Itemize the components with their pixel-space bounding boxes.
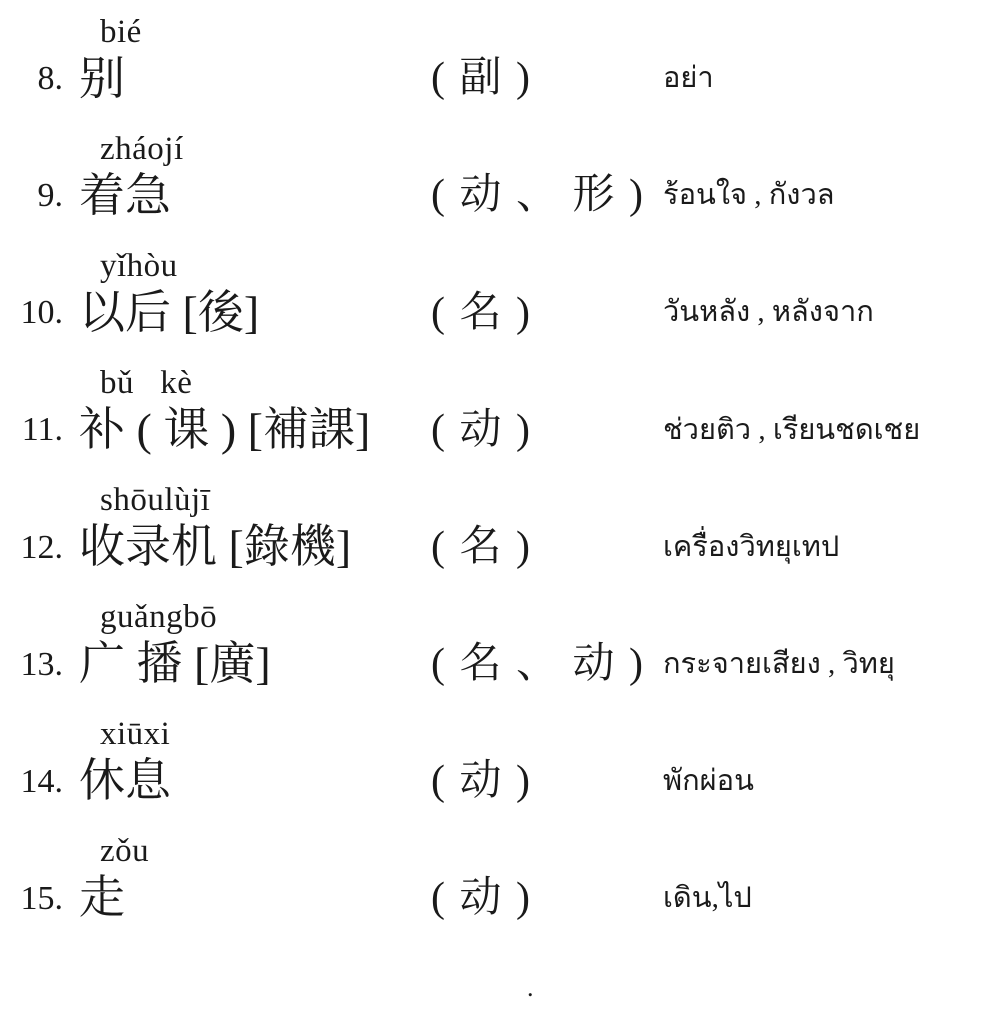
document-page: bié 8. 别 ( 副 ) อย่า zháojí 9. 着急 ( 动 、 形…	[0, 0, 984, 927]
chinese-word: 收录机 [錄機]	[79, 519, 431, 575]
thai-translation: กระจายเสียง , วิทยุ	[663, 647, 895, 682]
vocab-entry-row: bié 8. 别 ( 副 ) อย่า	[8, 14, 984, 107]
vocab-entry-row: bǔ kè 11. 补 ( 课 ) [補課] ( 动 ) ช่วยติว , เ…	[8, 365, 984, 458]
part-of-speech: ( 动 )	[431, 405, 649, 456]
vocab-list: bié 8. 别 ( 副 ) อย่า zháojí 9. 着急 ( 动 、 形…	[8, 14, 984, 927]
entry-main-line: 11. 补 ( 课 ) [補課] ( 动 ) ช่วยติว , เรียนชด…	[8, 402, 984, 458]
thai-translation: ช่วยติว , เรียนชดเชย	[663, 413, 920, 448]
entry-main-line: 12. 收录机 [錄機] ( 名 ) เครื่องวิทยุเทป	[8, 519, 984, 575]
thai-translation: เดิน,ไป	[663, 881, 752, 916]
thai-translation: เครื่องวิทยุเทป	[663, 530, 839, 565]
chinese-word: 广 播 [廣]	[79, 636, 431, 692]
entry-number: 14.	[8, 761, 63, 802]
entry-main-line: 14. 休息 ( 动 ) พักผ่อน	[8, 753, 984, 809]
vocab-entry-row: yǐhòu 10. 以后 [後] ( 名 ) วันหลัง , หลังจาก	[8, 248, 984, 341]
entry-number: 13.	[8, 644, 63, 685]
part-of-speech: ( 动 )	[431, 756, 649, 807]
entry-number: 12.	[8, 527, 63, 568]
pinyin-text: zháojí	[8, 131, 984, 168]
vocab-entry-row: zháojí 9. 着急 ( 动 、 形 ) ร้อนใจ , กังวล	[8, 131, 984, 224]
pinyin-text: guǎngbō	[8, 599, 984, 636]
part-of-speech: ( 副 )	[431, 53, 649, 104]
chinese-word: 着急	[79, 168, 431, 224]
part-of-speech: ( 名 )	[431, 522, 649, 573]
entry-number: 10.	[8, 292, 63, 333]
thai-translation: อย่า	[663, 61, 714, 96]
pinyin-text: yǐhòu	[8, 248, 984, 285]
thai-translation: พักผ่อน	[663, 764, 754, 799]
part-of-speech: ( 名 )	[431, 288, 649, 339]
vocab-entry-row: guǎngbō 13. 广 播 [廣] ( 名 、 动 ) กระจายเสีย…	[8, 599, 984, 692]
vocab-entry-row: shōulùjī 12. 收录机 [錄機] ( 名 ) เครื่องวิทยุ…	[8, 482, 984, 575]
pinyin-text: zǒu	[8, 833, 984, 870]
entry-number: 15.	[8, 878, 63, 919]
thai-translation: วันหลัง , หลังจาก	[663, 295, 874, 330]
thai-translation: ร้อนใจ , กังวล	[663, 178, 835, 213]
part-of-speech: ( 名 、 动 )	[431, 639, 649, 690]
vocab-entry-row: xiūxi 14. 休息 ( 动 ) พักผ่อน	[8, 716, 984, 809]
entry-main-line: 8. 别 ( 副 ) อย่า	[8, 51, 984, 107]
pinyin-text: xiūxi	[8, 716, 984, 753]
entry-number: 11.	[8, 409, 63, 450]
chinese-word: 以后 [後]	[79, 285, 431, 341]
chinese-word: 补 ( 课 ) [補課]	[79, 402, 431, 458]
entry-number: 8.	[8, 58, 63, 99]
entry-main-line: 10. 以后 [後] ( 名 ) วันหลัง , หลังจาก	[8, 285, 984, 341]
entry-main-line: 13. 广 播 [廣] ( 名 、 动 ) กระจายเสียง , วิทย…	[8, 636, 984, 692]
scan-artifact-dot: .	[527, 975, 534, 1001]
entry-main-line: 9. 着急 ( 动 、 形 ) ร้อนใจ , กังวล	[8, 168, 984, 224]
pinyin-text: bǔ kè	[8, 365, 984, 402]
vocab-entry-row: zǒu 15. 走 ( 动 ) เดิน,ไป	[8, 833, 984, 926]
pinyin-text: bié	[8, 14, 984, 51]
entry-main-line: 15. 走 ( 动 ) เดิน,ไป	[8, 870, 984, 926]
chinese-word: 休息	[79, 753, 431, 809]
pinyin-text: shōulùjī	[8, 482, 984, 519]
chinese-word: 走	[79, 870, 431, 926]
part-of-speech: ( 动 )	[431, 873, 649, 924]
chinese-word: 别	[79, 51, 431, 107]
part-of-speech: ( 动 、 形 )	[431, 170, 649, 221]
entry-number: 9.	[8, 175, 63, 216]
